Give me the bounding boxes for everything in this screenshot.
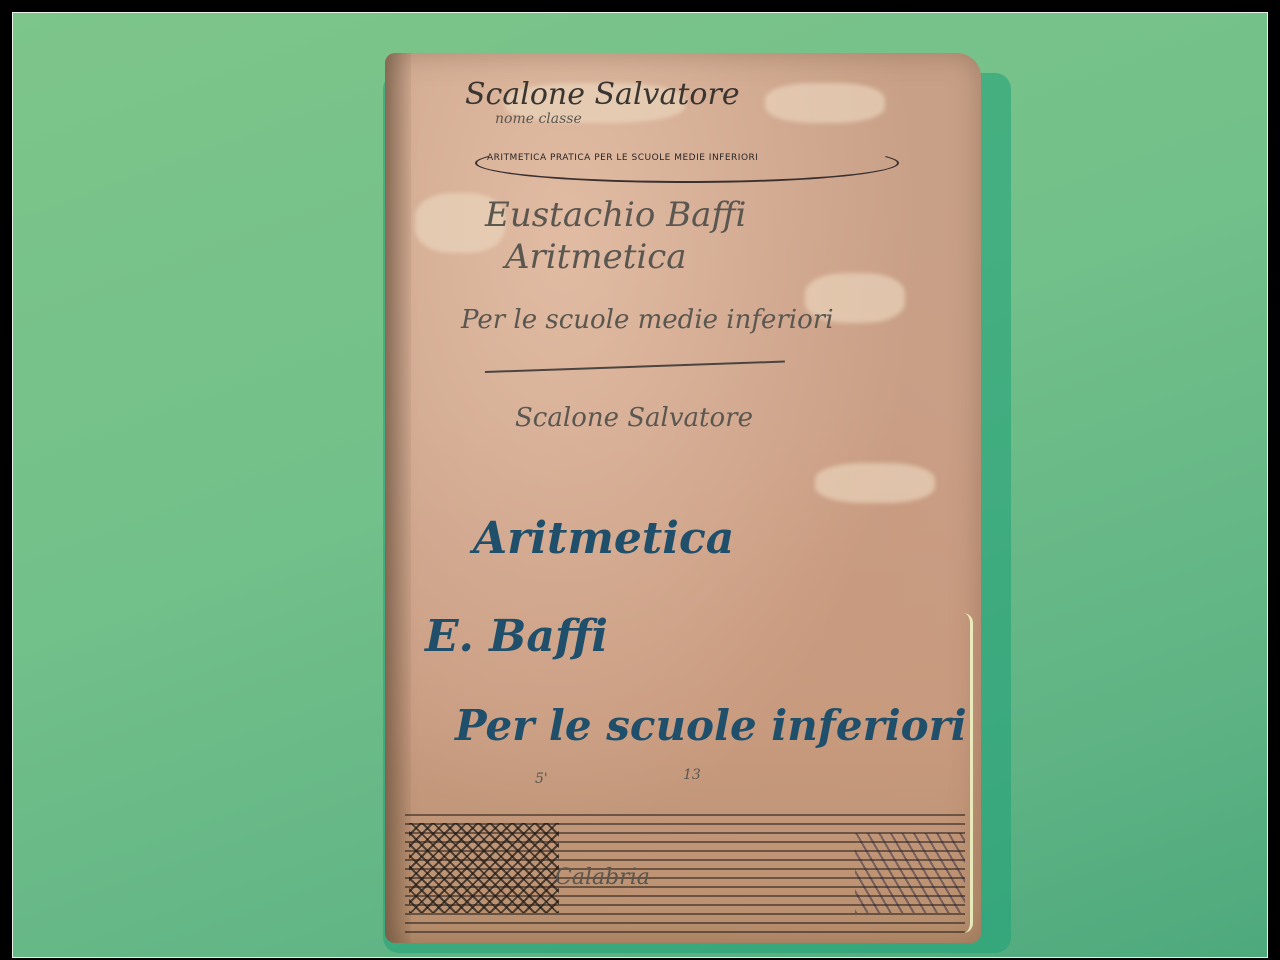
author-name: Eustachio Baffi — [485, 195, 746, 235]
notebook-cover: Scalone Salvatore nome classe ARITMETICA… — [385, 53, 981, 943]
mark: 13 — [683, 767, 701, 783]
worn-patch — [765, 83, 885, 123]
title-ink: Aritmetica — [473, 513, 734, 564]
subtitle-ink: Per le scuole inferiori — [455, 701, 967, 750]
underline — [485, 361, 785, 373]
stamp-caps-text: ARITMETICA PRATICA PER LE SCUOLE MEDIE I… — [487, 153, 758, 163]
owner-name-top: Scalone Salvatore — [465, 77, 740, 112]
title-pencil: Aritmetica — [505, 237, 687, 277]
worn-patch — [815, 463, 935, 503]
stamp-oval — [475, 143, 899, 183]
subtitle-pencil: Per le scuole medie inferiori — [461, 305, 834, 335]
crosshatch-right — [855, 833, 965, 913]
spine-shadow — [385, 53, 411, 943]
crosshatch-left — [409, 823, 559, 913]
owner-sub: nome classe — [495, 111, 582, 127]
photo-frame: Scalone Salvatore nome classe ARITMETICA… — [12, 12, 1268, 958]
bottom-scribble: Calabria — [555, 865, 650, 890]
mark: 5' — [535, 771, 548, 787]
owner-name: Scalone Salvatore — [515, 403, 753, 433]
author-ink: E. Baffi — [425, 611, 608, 662]
plastic-glare — [952, 613, 973, 933]
